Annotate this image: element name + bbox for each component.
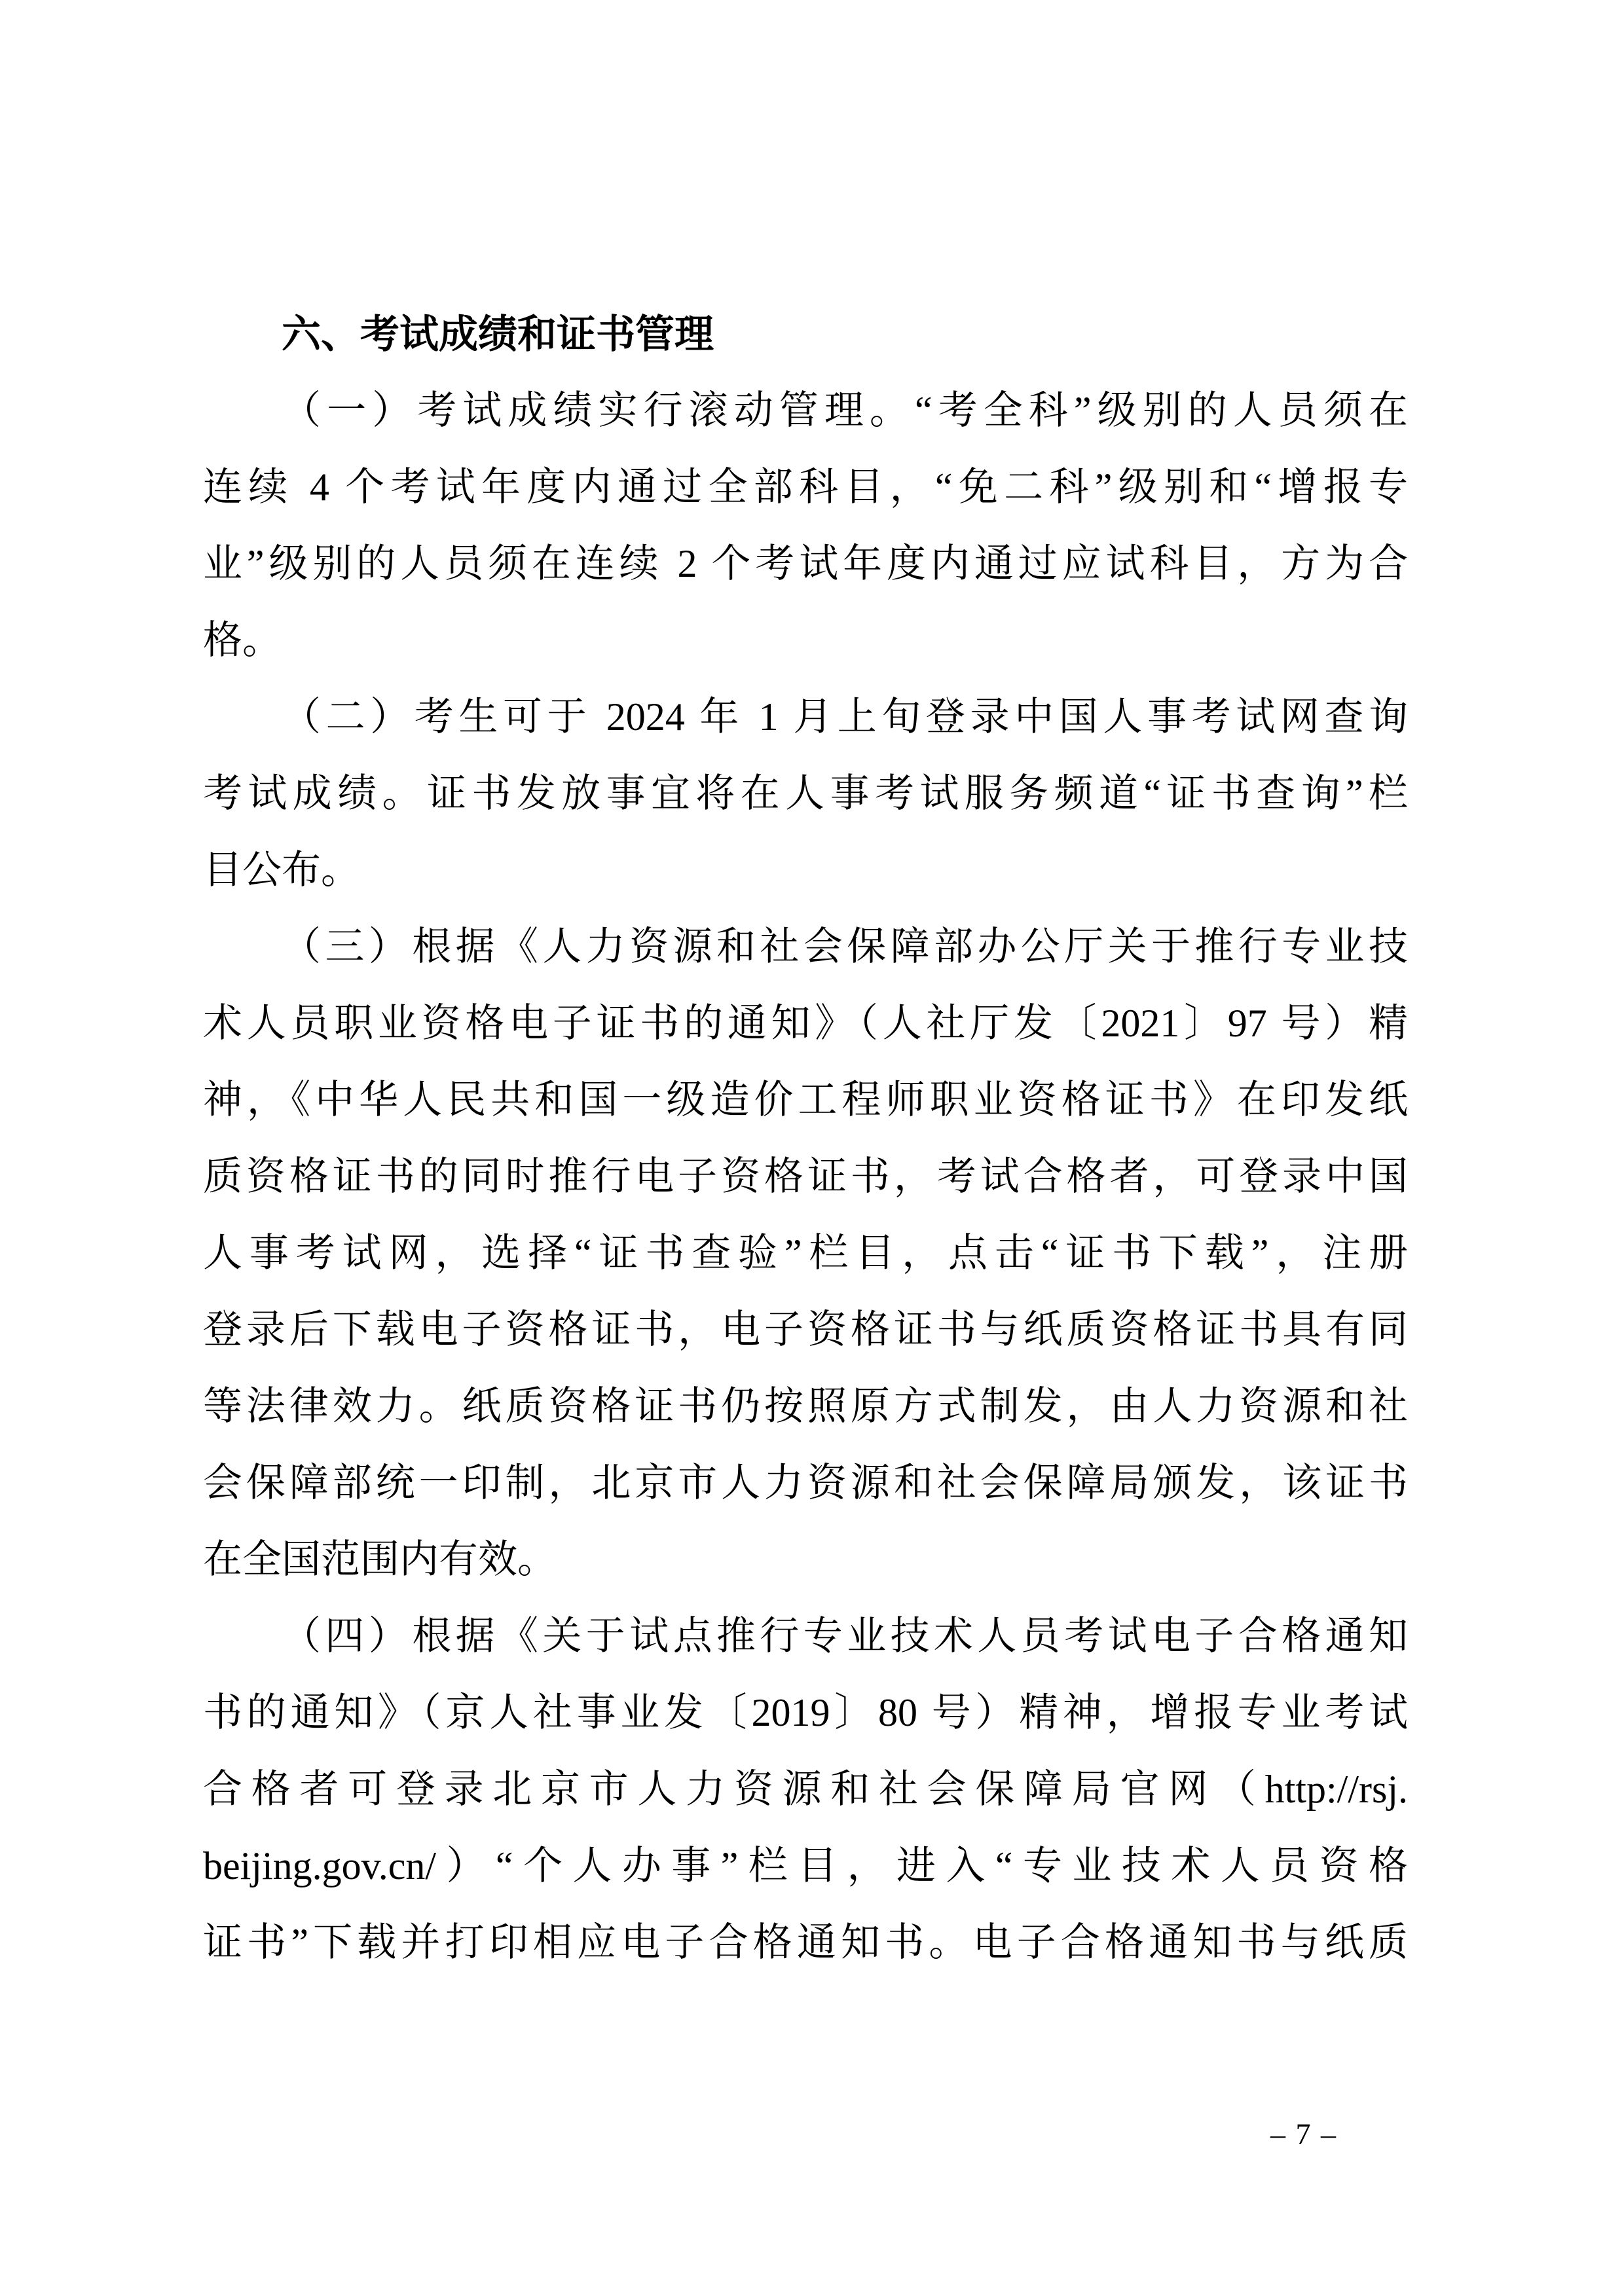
page-number: – 7 –: [0, 2115, 1337, 2154]
document-page: 六、考试成绩和证书管理 （一）考试成绩实行滚动管理。“考全科”级别的人员须在 连…: [0, 0, 1624, 2296]
body-line: 合格者可登录北京市人力资源和社会保障局官网（http://rsj.: [203, 1751, 1408, 1828]
body-line: 业”级别的人员须在连续 2 个考试年度内通过应试科目，方为合: [203, 526, 1408, 602]
body-line: 等法律效力。纸质资格证书仍按照原方式制发，由人力资源和社: [203, 1368, 1408, 1445]
document-body: 六、考试成绩和证书管理 （一）考试成绩实行滚动管理。“考全科”级别的人员须在 连…: [203, 296, 1408, 1981]
body-line: 证书”下载并打印相应电子合格通知书。电子合格通知书与纸质: [203, 1904, 1408, 1981]
body-line: （三）根据《人力资源和社会保障部办公厅关于推行专业技: [203, 909, 1408, 985]
body-line: （四）根据《关于试点推行专业技术人员考试电子合格通知: [203, 1598, 1408, 1675]
body-line: 目公布。: [203, 832, 1408, 909]
body-line: 考试成绩。证书发放事宜将在人事考试服务频道“证书查询”栏: [203, 756, 1408, 832]
body-line: 格。: [203, 602, 1408, 679]
body-line: 术人员职业资格电子证书的通知》（人社厅发〔2021〕97 号）精: [203, 985, 1408, 1062]
body-line: 在全国范围内有效。: [203, 1522, 1408, 1598]
section-heading: 六、考试成绩和证书管理: [203, 296, 1408, 373]
body-line: 神，《中华人民共和国一级造价工程师职业资格证书》在印发纸: [203, 1062, 1408, 1139]
body-line: 登录后下载电子资格证书，电子资格证书与纸质资格证书具有同: [203, 1292, 1408, 1368]
body-line: 连续 4 个考试年度内通过全部科目，“免二科”级别和“增报专: [203, 449, 1408, 526]
body-line: 会保障部统一印制，北京市人力资源和社会保障局颁发，该证书: [203, 1445, 1408, 1522]
body-line: （一）考试成绩实行滚动管理。“考全科”级别的人员须在: [203, 373, 1408, 449]
body-line: 人事考试网，选择“证书查验”栏目，点击“证书下载”，注册: [203, 1215, 1408, 1292]
body-line: 书的通知》（京人社事业发〔2019〕80 号）精神，增报专业考试: [203, 1675, 1408, 1751]
body-line: （二）考生可于 2024 年 1 月上旬登录中国人事考试网查询: [203, 679, 1408, 756]
body-line: beijing.gov.cn/）“个人办事”栏目，进入“专业技术人员资格: [203, 1828, 1408, 1904]
body-line: 质资格证书的同时推行电子资格证书，考试合格者，可登录中国: [203, 1139, 1408, 1215]
